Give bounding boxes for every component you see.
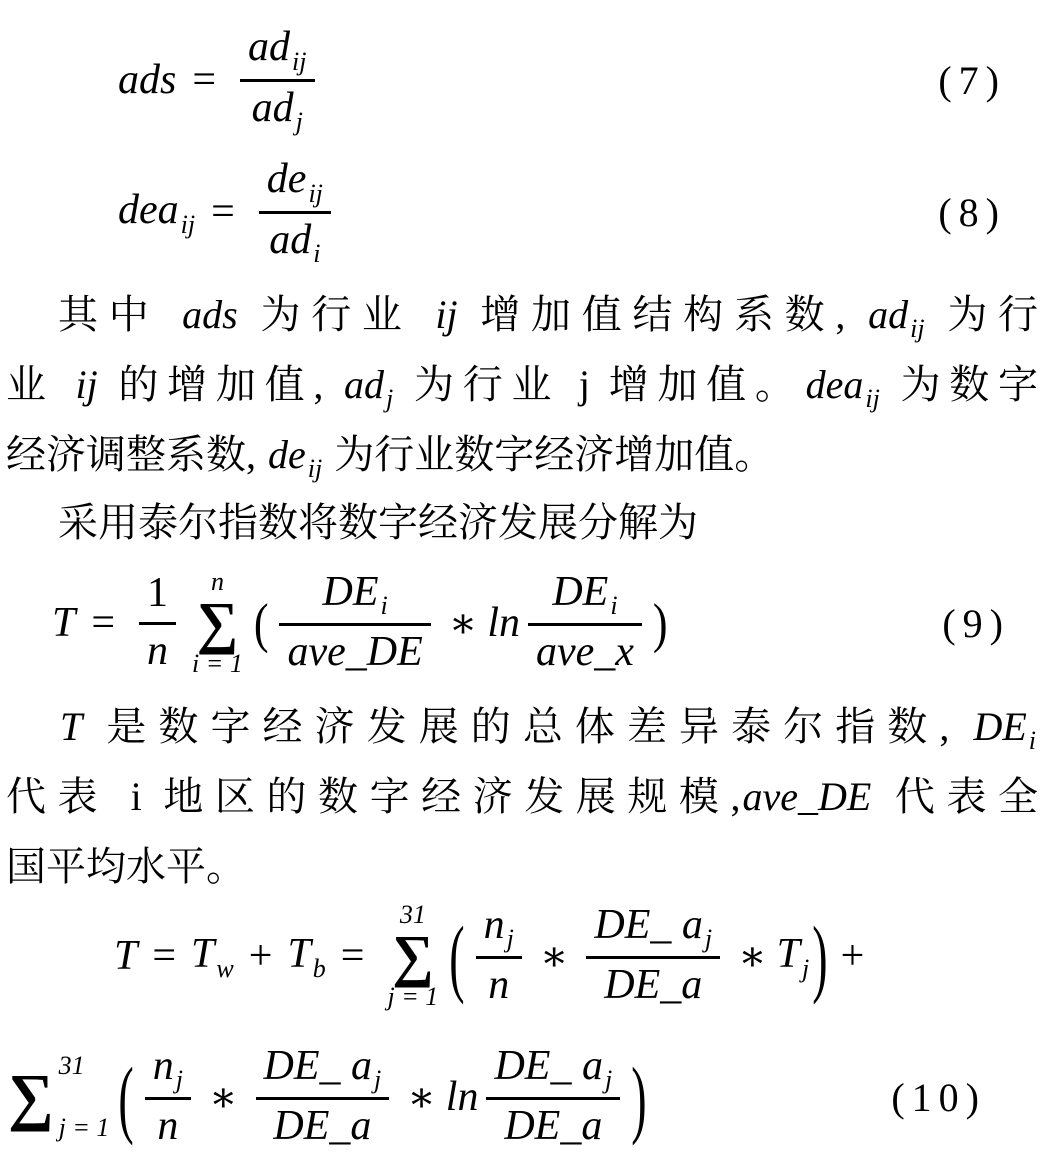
sum-lower-limit: j = 1 bbox=[387, 982, 438, 1012]
equation-9: T = 1 n n ∑ i = 1 ( DEi ave_DE ∗ ln DEi … bbox=[0, 554, 1046, 692]
equation-10-line-2: ∑ 31 j = 1 ( nj n ∗ DE_ aj DE_a ∗ ln DE_… bbox=[0, 1026, 1046, 1168]
eq10-Tj-sub: j bbox=[802, 954, 809, 983]
eq8-den-sub: i bbox=[313, 239, 320, 268]
text-line: 业 ij 的增加值, adj 为行业 j 增加值。deaij 为数字 bbox=[6, 350, 1038, 420]
paragraph-definitions-1: 其中 ads 为行业 ij 增加值结构系数, adij 为行 业 ij 的增加值… bbox=[6, 280, 1038, 490]
eq9-coef-num: 1 bbox=[139, 567, 176, 621]
eq10-term-Tb: Tb bbox=[287, 930, 325, 981]
denominator: n bbox=[480, 959, 517, 1013]
eq8-den-base: ad bbox=[269, 217, 311, 263]
math-var: ad bbox=[342, 362, 386, 407]
paragraph-theil-leadin: 采用泰尔指数将数字经济发展分解为 bbox=[6, 488, 1038, 558]
close-paren: ) bbox=[812, 906, 827, 1007]
num-base: DE_ a bbox=[264, 1043, 373, 1089]
eq8-numerator: deij bbox=[259, 153, 331, 210]
eq9-f2-den: ave_x bbox=[528, 626, 642, 680]
text-run: 为行 bbox=[927, 292, 1038, 337]
eq7-num-sub: ij bbox=[292, 47, 306, 76]
text-run: 为行业数字经济增加值。 bbox=[324, 432, 774, 477]
denominator: DE_a bbox=[496, 1100, 610, 1154]
eq8-denominator: adi bbox=[261, 214, 328, 271]
paragraph-definitions-2: T 是数字经济发展的总体差异泰尔指数, DEi 代表 i 地区的数字经济发展规模… bbox=[6, 692, 1038, 902]
num-sub: j bbox=[705, 924, 712, 953]
eq9-coef-den: n bbox=[139, 625, 176, 679]
eq10-number: (10) bbox=[891, 1074, 986, 1121]
text-run: 代表全 bbox=[873, 774, 1038, 819]
math-subscript: ij bbox=[910, 314, 926, 343]
eq10-Tb-base: T bbox=[287, 931, 310, 977]
eq8-lhs-sub: ij bbox=[181, 210, 195, 239]
eq9-f1-num-sub: i bbox=[381, 591, 388, 620]
num-sub: j bbox=[507, 924, 514, 953]
eq7-numerator: adij bbox=[240, 21, 314, 78]
eq9-f2-num-sub: i bbox=[610, 591, 617, 620]
num-base: n bbox=[484, 902, 505, 948]
eq9-number: (9) bbox=[942, 600, 1010, 647]
text-run: 为行业 bbox=[240, 292, 434, 337]
eq9-equals: = bbox=[91, 599, 115, 647]
eq8-lhs-base: dea bbox=[118, 187, 179, 233]
open-paren: ( bbox=[254, 591, 269, 655]
sum-lower-limit: i = 1 bbox=[192, 649, 243, 679]
text-run: 代表 i 地区的数字经济发展规模 bbox=[6, 774, 731, 819]
eq10-fraction-DEa-1: DE_ aj DE_a bbox=[586, 899, 720, 1013]
eq10-term-Tw: Tw bbox=[191, 930, 234, 981]
eq10-lhs: T bbox=[114, 932, 137, 980]
plus-operator: + bbox=[249, 932, 273, 980]
sigma-icon: ∑ bbox=[197, 597, 238, 649]
math-var: ads bbox=[180, 292, 240, 337]
eq10-Tb-sub: b bbox=[313, 954, 326, 983]
math-var: ave_DE bbox=[741, 774, 874, 819]
math-subscript: j bbox=[386, 384, 395, 413]
text-run: 其中 bbox=[58, 292, 180, 337]
math-subscript: ij bbox=[308, 454, 324, 483]
math-var: T bbox=[58, 704, 84, 749]
eq8-fraction: deij adi bbox=[259, 153, 331, 270]
text-run: 增加值结构系数 bbox=[460, 292, 836, 337]
multiply-star: ∗ bbox=[738, 931, 767, 981]
denominator: n bbox=[149, 1100, 186, 1154]
ln-operator: ln bbox=[446, 1073, 479, 1121]
eq10-fraction-DEa-2: DE_ aj DE_a bbox=[256, 1040, 390, 1154]
text-run: 为行业 j 增加值。 bbox=[395, 362, 803, 407]
text-run: 采用泰尔指数将数字经济发展分解为 bbox=[58, 500, 698, 545]
eq7-number: (7) bbox=[938, 57, 1006, 104]
eq7-num-base: ad bbox=[248, 24, 290, 70]
eq7-den-sub: j bbox=[296, 107, 303, 136]
eq10-fraction-DEa-3: DE_ aj DE_a bbox=[486, 1040, 620, 1154]
eq10-fraction-nj-2: nj n bbox=[145, 1040, 191, 1154]
eq10-Tw-sub: w bbox=[216, 954, 233, 983]
num-base: DE_ a bbox=[494, 1043, 603, 1089]
eq10-summation-1: 31 ∑ j = 1 bbox=[387, 900, 438, 1012]
num-base: DE_ a bbox=[594, 902, 703, 948]
multiply-star: ∗ bbox=[407, 1072, 436, 1122]
open-paren: ( bbox=[449, 906, 464, 1007]
text-run: 业 bbox=[6, 362, 73, 407]
eq9-f2-numerator: DEi bbox=[544, 566, 625, 623]
eq8-lhs: deaij bbox=[118, 186, 195, 237]
sum-upper-limit: 31 bbox=[59, 1053, 110, 1079]
equation-7: ads = adij adj (7) bbox=[0, 16, 1046, 144]
eq8-number: (8) bbox=[938, 189, 1006, 236]
close-paren: ) bbox=[653, 591, 668, 655]
math-var: ij bbox=[73, 362, 99, 407]
multiply-star: ∗ bbox=[209, 1072, 238, 1122]
eq9-summation: n ∑ i = 1 bbox=[192, 567, 243, 679]
math-var: DE bbox=[971, 704, 1028, 749]
sum-lower-limit: j = 1 bbox=[59, 1115, 110, 1141]
text-line: 其中 ads 为行业 ij 增加值结构系数, adij 为行 bbox=[6, 280, 1038, 350]
eq10-equals-1: = bbox=[152, 932, 176, 980]
text-run: 国平均水平。 bbox=[6, 844, 246, 889]
num-sub: j bbox=[176, 1065, 183, 1094]
sigma-icon: ∑ bbox=[392, 930, 433, 982]
open-paren: ( bbox=[118, 1047, 133, 1148]
eq9-coef-fraction: 1 n bbox=[139, 567, 176, 679]
text-run: 的增加值 bbox=[100, 362, 314, 407]
text-run: 是数字经济发展的总体差异泰尔指数 bbox=[84, 704, 939, 749]
text-run: , bbox=[731, 774, 741, 819]
eq8-num-base: de bbox=[267, 156, 307, 202]
eq9-fraction-2: DEi ave_x bbox=[528, 566, 642, 680]
text-run: 为数字 bbox=[882, 362, 1038, 407]
multiply-star: ∗ bbox=[540, 931, 569, 981]
eq7-equals: = bbox=[192, 56, 216, 104]
denominator: DE_a bbox=[265, 1100, 379, 1154]
numerator: DE_ aj bbox=[256, 1040, 390, 1097]
numerator: nj bbox=[476, 899, 522, 956]
eq9-f2-num-base: DE bbox=[552, 569, 608, 615]
text-line: 代表 i 地区的数字经济发展规模,ave_DE 代表全 bbox=[6, 762, 1038, 832]
eq7-denominator: adj bbox=[244, 82, 311, 139]
math-var: de bbox=[266, 432, 308, 477]
sigma-icon: ∑ bbox=[8, 1070, 54, 1124]
numerator: DE_ aj bbox=[486, 1040, 620, 1097]
num-sub: j bbox=[374, 1065, 381, 1094]
numerator: nj bbox=[145, 1040, 191, 1097]
denominator: DE_a bbox=[596, 959, 710, 1013]
text-line: 采用泰尔指数将数字经济发展分解为 bbox=[6, 488, 1038, 558]
text-run: , bbox=[939, 704, 971, 749]
eq10-equals-2: = bbox=[341, 932, 365, 980]
eq8-num-sub: ij bbox=[308, 179, 322, 208]
text-line: 经济调整系数, deij 为行业数字经济增加值。 bbox=[6, 420, 1038, 490]
text-run: , bbox=[835, 292, 866, 337]
math-var: ad bbox=[866, 292, 910, 337]
text-line: T 是数字经济发展的总体差异泰尔指数, DEi bbox=[6, 692, 1038, 762]
eq10-term-Tj: Tj bbox=[777, 930, 810, 981]
text-run: , bbox=[313, 362, 342, 407]
eq8-equals: = bbox=[211, 188, 235, 236]
eq10-Tw-base: T bbox=[191, 931, 214, 977]
num-base: n bbox=[153, 1043, 174, 1089]
eq10-summation-2: ∑ 31 j = 1 bbox=[8, 1053, 109, 1141]
text-run: , bbox=[246, 432, 266, 477]
sum-side-limits: 31 j = 1 bbox=[59, 1053, 110, 1141]
plus-operator: + bbox=[841, 932, 865, 980]
close-paren: ) bbox=[631, 1047, 646, 1148]
ln-operator: ln bbox=[487, 599, 520, 647]
num-sub: j bbox=[605, 1065, 612, 1094]
eq9-f1-numerator: DEi bbox=[315, 566, 396, 623]
math-subscript: ij bbox=[865, 384, 881, 413]
eq9-fraction-1: DEi ave_DE bbox=[279, 566, 430, 680]
math-var: ij bbox=[433, 292, 459, 337]
eq7-fraction: adij adj bbox=[240, 21, 314, 138]
math-var: dea bbox=[804, 362, 866, 407]
text-run: 经济调整系数 bbox=[6, 432, 246, 477]
paper-page: ads = adij adj (7) deaij = deij adi (8) … bbox=[0, 0, 1046, 1174]
eq7-den-base: ad bbox=[252, 85, 294, 131]
eq10-fraction-nj-1: nj n bbox=[476, 899, 522, 1013]
eq7-lhs: ads bbox=[118, 56, 176, 104]
math-subscript: i bbox=[1029, 726, 1038, 755]
multiply-star: ∗ bbox=[449, 598, 478, 648]
eq10-Tj-base: T bbox=[777, 931, 800, 977]
equation-10-line-1: T = Tw + Tb = 31 ∑ j = 1 ( nj n ∗ DE_ aj… bbox=[0, 890, 1046, 1022]
eq9-f1-den: ave_DE bbox=[279, 626, 430, 680]
numerator: DE_ aj bbox=[586, 899, 720, 956]
equation-8: deaij = deij adi (8) bbox=[0, 148, 1046, 276]
eq9-lhs: T bbox=[52, 599, 75, 647]
eq9-f1-num-base: DE bbox=[323, 569, 379, 615]
